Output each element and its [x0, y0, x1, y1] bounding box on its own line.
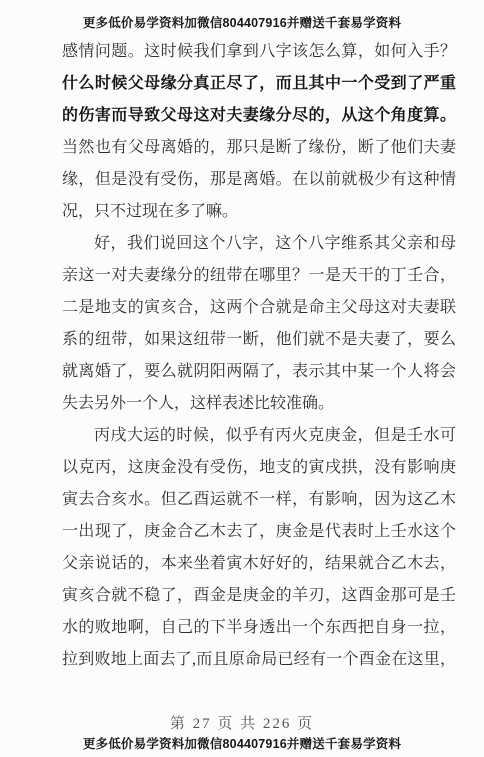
- text-line-paragraph-start: 丙戌大运的时候，似乎有丙火克庚金，但是壬水可: [62, 420, 456, 452]
- text-line-paragraph-start: 好，我们说回这个八字，这个八字维系其父亲和母: [62, 228, 456, 260]
- text-line: 水的败地啊，自己的下半身透出一个东西把自身一拉，: [62, 612, 456, 644]
- text-line-bold: 什么时候父母缘分真正尽了，而且其中一个受到了严重: [62, 68, 456, 100]
- text-line: 寅去合亥水。但乙酉运就不一样，有影响，因为这乙木: [62, 484, 456, 516]
- text-line: 父亲说话的，本来坐着寅木好好的，结果就合乙木去，: [62, 548, 456, 580]
- book-page: 更多低价易学资料加微信804407916并赠送千套易学资料 感情问题。这时候我们…: [0, 0, 484, 757]
- text-line: 亲这一对夫妻缘分的纽带在哪里？一是天干的丁壬合，: [62, 260, 456, 292]
- text-line-bold: 的伤害而导致父母这对夫妻缘分尽的，从这个角度算。: [62, 100, 456, 132]
- text-line: 系的纽带，如果这纽带一断，他们就不是夫妻了，要么: [62, 324, 456, 356]
- text-line: 拉到败地上面去了,而且原命局已经有一个酉金在这里，: [62, 644, 456, 676]
- text-line: 一出现了，庚金合乙木去了，庚金是代表时上壬水这个: [62, 516, 456, 548]
- text-line: 缘，但是没有受伤，那是离婚。在以前就极少有这种情: [62, 164, 456, 196]
- text-line: 就离婚了，要么就阴阳两隔了，表示其中某一个人将会: [62, 356, 456, 388]
- text-line: 失去另外一个人，这样表述比较准确。: [62, 388, 456, 420]
- page-indicator: 第 27 页 共 226 页: [0, 715, 484, 733]
- promo-banner-top: 更多低价易学资料加微信804407916并赠送千套易学资料: [0, 15, 484, 31]
- text-line: 况，只不过现在多了嘛。: [62, 196, 456, 228]
- promo-banner-bottom: 更多低价易学资料加微信804407916并赠送千套易学资料: [0, 736, 484, 752]
- page-body: 感情问题。这时候我们拿到八字该怎么算，如何入手？ 什么时候父母缘分真正尽了，而且…: [62, 36, 456, 676]
- text-line: 二是地支的寅亥合，这两个合就是命主父母这对夫妻联: [62, 292, 456, 324]
- text-line: 寅亥合就不稳了，酉金是庚金的羊刃，这酉金那可是壬: [62, 580, 456, 612]
- text-line: 以克丙，这庚金没有受伤，地支的寅戌拱，没有影响庚: [62, 452, 456, 484]
- text-line: 感情问题。这时候我们拿到八字该怎么算，如何入手？: [62, 36, 456, 68]
- text-line: 当然也有父母离婚的，那只是断了缘份，断了他们夫妻: [62, 132, 456, 164]
